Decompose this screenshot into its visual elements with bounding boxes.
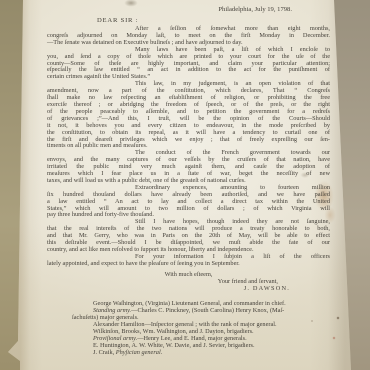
officer-list: George Waſhington, (Virginia) Lieutenant… xyxy=(47,301,330,356)
officer-line-italic-segment: Phyſician general. xyxy=(116,349,163,356)
scanned-letter-page: Philadelphia, July 19, 1798. DEAR SIR : … xyxy=(0,0,370,370)
salutation: DEAR SIR : xyxy=(97,17,330,25)
letter-content: Philadelphia, July 19, 1798. DEAR SIR : … xyxy=(47,6,330,357)
officer-line: J. Craik, Phyſician general. xyxy=(93,350,330,357)
closing-servant: Your friend and ſervant, xyxy=(218,278,278,285)
dateline: Philadelphia, July 19, 1798. xyxy=(218,6,292,14)
letter-paper: Philadelphia, July 19, 1798. DEAR SIR : … xyxy=(0,0,370,370)
closing-esteem: With much eſteem, xyxy=(165,271,213,278)
signature: J. DAWSON. xyxy=(244,285,290,292)
letter-line: lately appointed, and expect to have the… xyxy=(47,261,330,268)
officer-line-segment: —Charles C. Pinckney, (South Carolina) H… xyxy=(131,307,284,314)
letter-body: After a ſeſſion of ſomewhat more than ei… xyxy=(47,26,330,268)
officer-line-segment: J. Craik, xyxy=(93,349,116,356)
closing-block: With much eſteem, Your friend and ſervan… xyxy=(47,271,330,293)
